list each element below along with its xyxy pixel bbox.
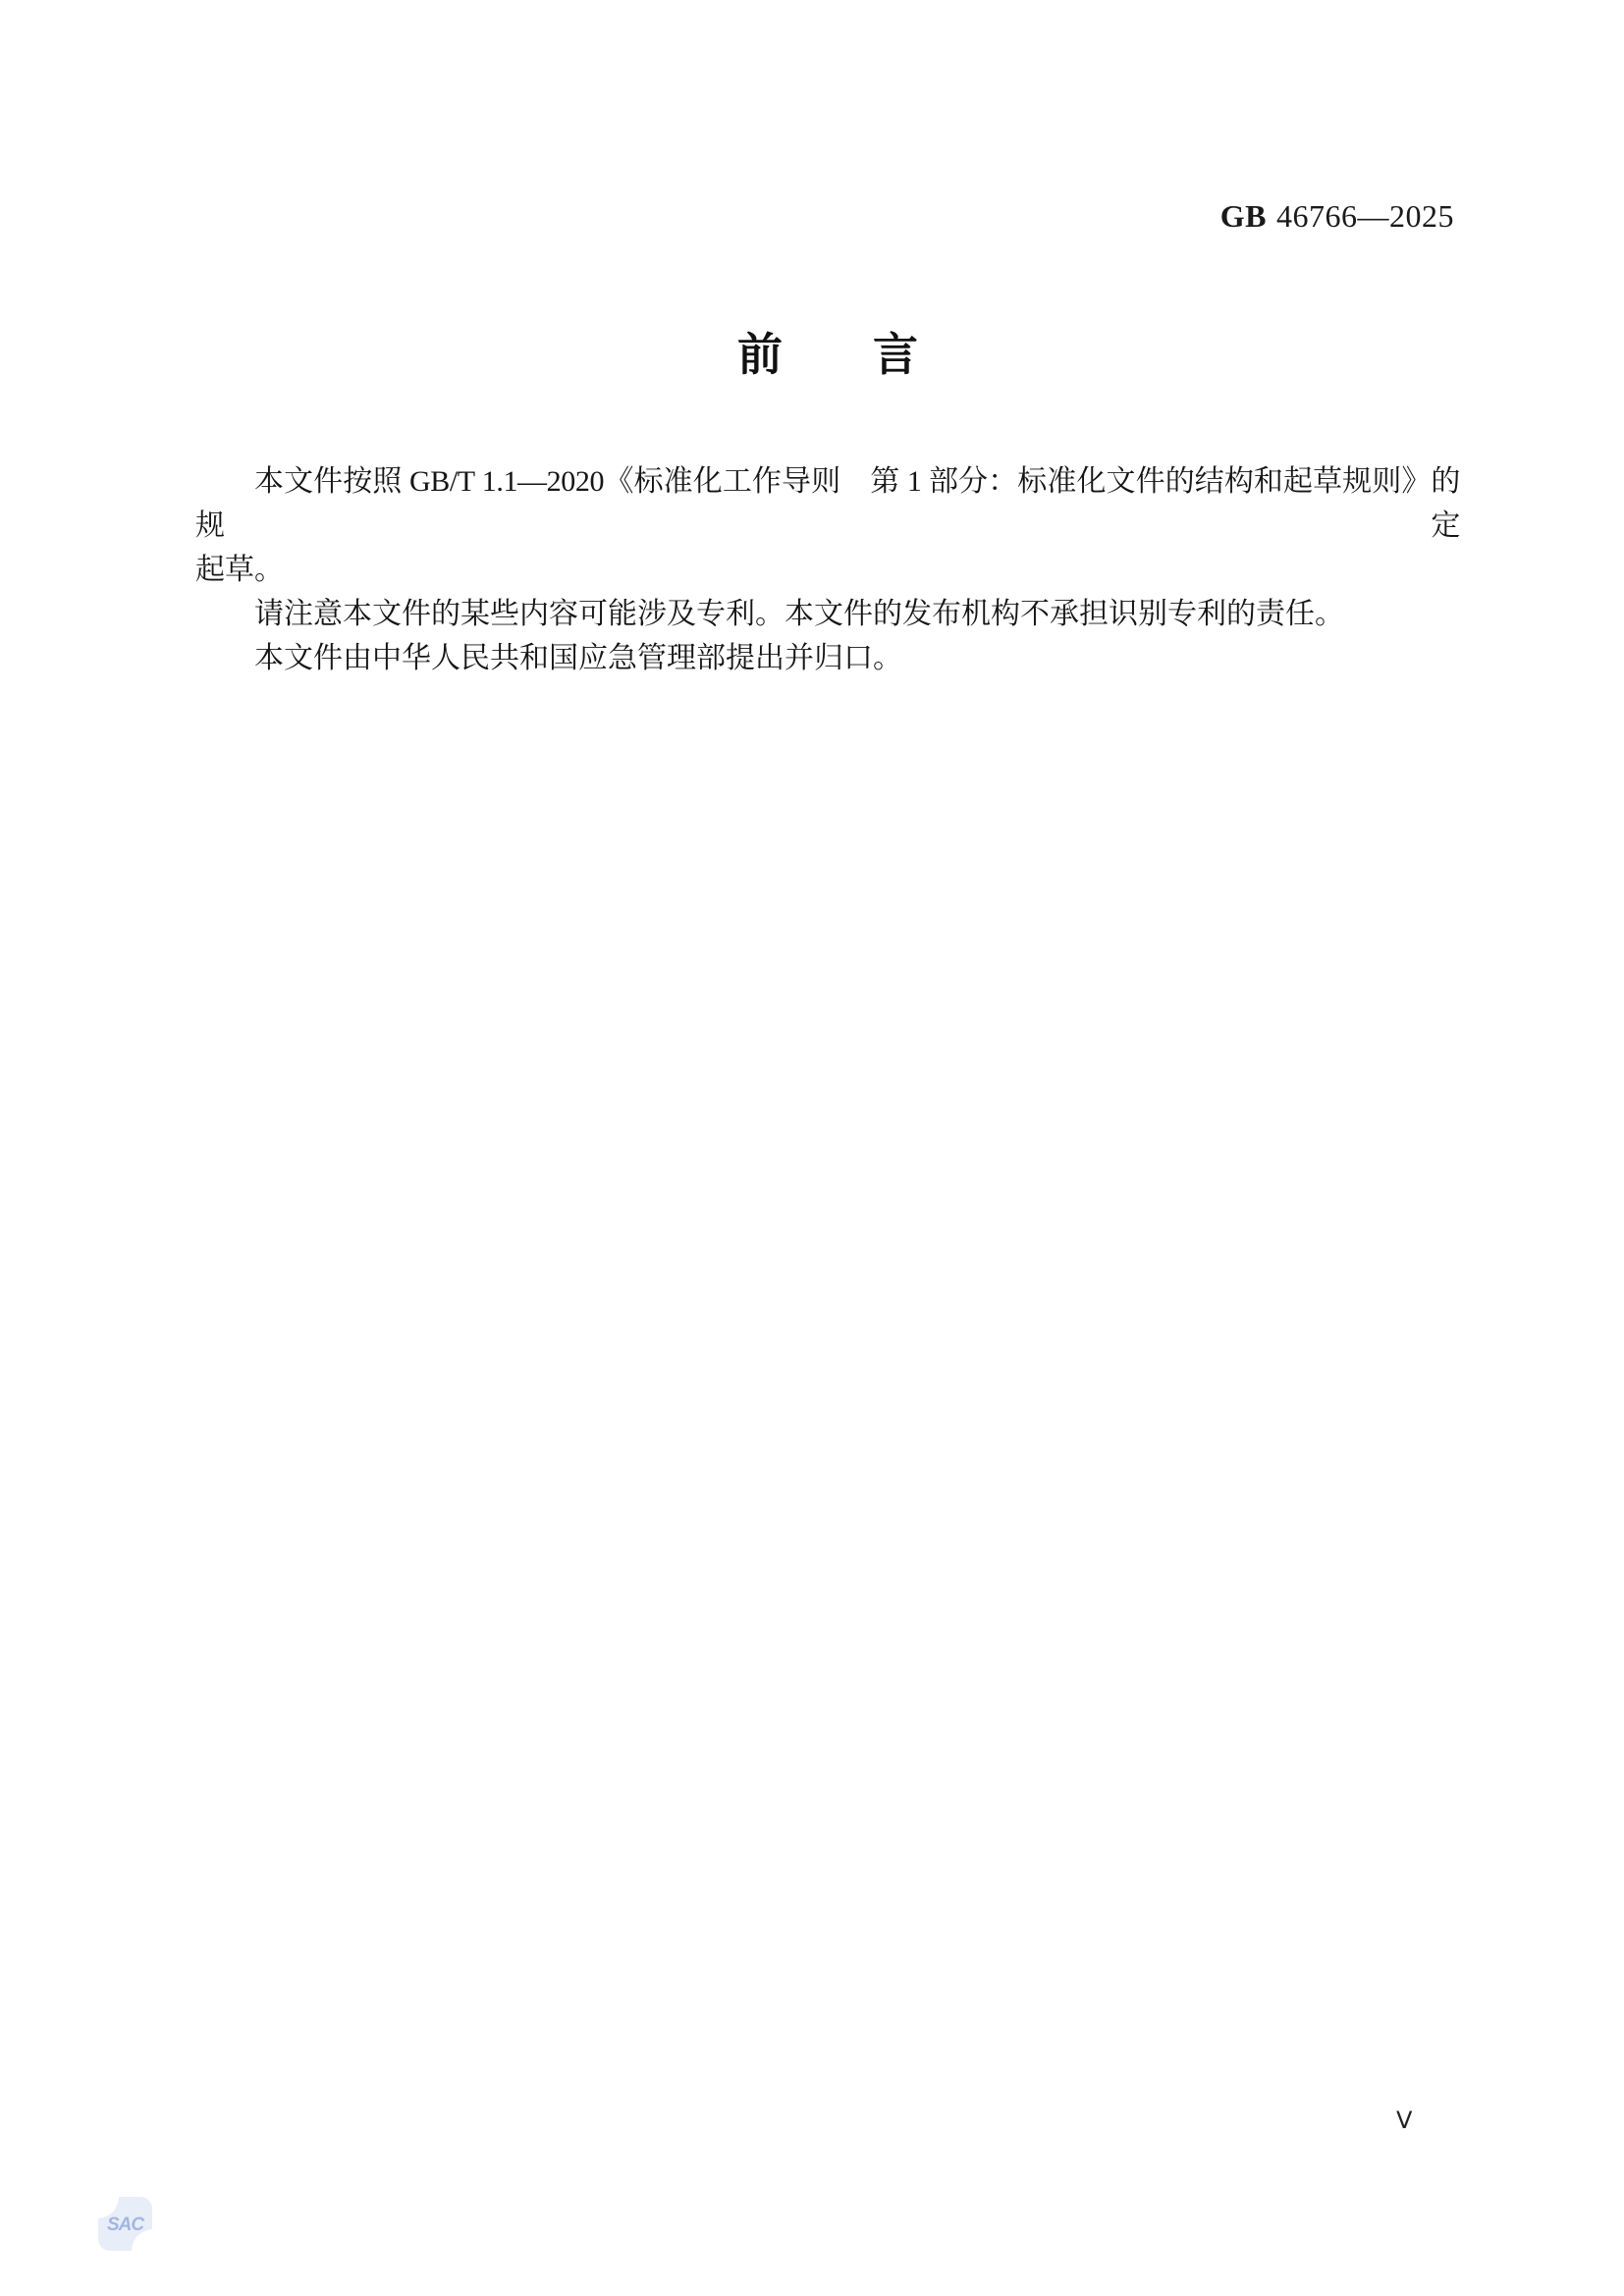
standard-code: GB46766—2025 <box>1220 198 1454 235</box>
foreword-body: 本文件按照 GB/T 1.1—2020《标准化工作导则 第 1 部分：标准化文件… <box>195 459 1460 680</box>
foreword-paragraph-1-line-1: 本文件按照 GB/T 1.1—2020《标准化工作导则 第 1 部分：标准化文件… <box>195 459 1460 548</box>
standard-code-prefix: GB <box>1220 198 1267 234</box>
page-number: Ⅴ <box>1396 2107 1412 2135</box>
foreword-paragraph-2: 请注意本文件的某些内容可能涉及专利。本文件的发布机构不承担识别专利的责任。 <box>195 592 1460 636</box>
sac-logo: SAC <box>97 2196 153 2252</box>
document-page: GB46766—2025 前 言 本文件按照 GB/T 1.1—2020《标准化… <box>0 0 1624 2296</box>
foreword-paragraph-3: 本文件由中华人民共和国应急管理部提出并归口。 <box>195 636 1460 680</box>
foreword-paragraph-1-line-2: 起草。 <box>195 548 1460 592</box>
sac-logo-text: SAC <box>107 2215 144 2235</box>
page-title: 前 言 <box>195 332 1460 377</box>
standard-code-number: 46766—2025 <box>1276 198 1454 234</box>
